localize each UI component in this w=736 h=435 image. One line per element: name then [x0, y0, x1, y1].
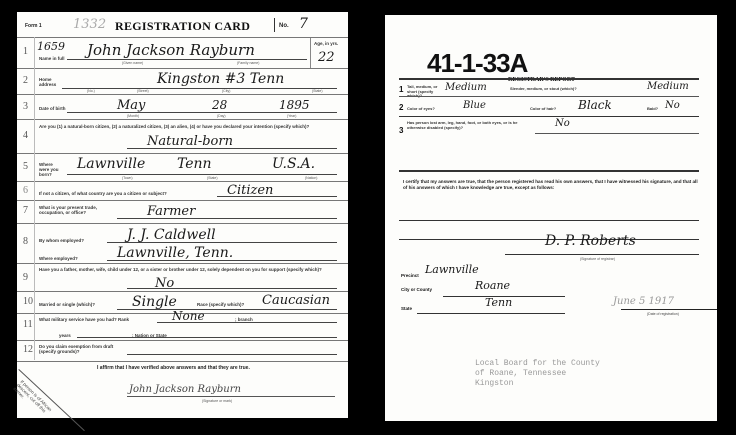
field-label: years [59, 333, 71, 338]
registrant-signature: John Jackson Rayburn [129, 384, 241, 395]
blank-line [399, 220, 699, 221]
underline [67, 174, 337, 175]
age-value: 22 [318, 50, 335, 65]
city-county-label: City or County [401, 287, 432, 292]
field-label: Bald? [647, 107, 658, 112]
occupation-value: Farmer [147, 204, 195, 219]
row-number: 10 [23, 296, 33, 307]
date-caption: (Date of registration) [647, 312, 679, 316]
sub-label: (Street) [137, 89, 149, 93]
employer-value: J. J. Caldwell [127, 227, 216, 243]
corner-cut-stamp: If person is of African descent, cut off… [19, 369, 89, 417]
disability-value: No [555, 118, 570, 129]
row-number: 7 [23, 205, 28, 216]
row-number: 4 [23, 130, 28, 141]
field-label: What military service have you had? Rank [39, 317, 129, 322]
field-label: Where employed? [39, 256, 78, 261]
registration-date: June 5 1917 [613, 296, 674, 307]
row-number: 6 [23, 185, 28, 196]
sub-label: (State) [207, 176, 218, 180]
row-number: 1 [23, 46, 28, 57]
sub-label: (Month) [127, 114, 139, 118]
sub-label: (Family name) [237, 61, 259, 65]
field-label: Date of birth [39, 106, 66, 111]
header-rule [399, 78, 699, 80]
field-row-employer: 8 By whom employed? J. J. Caldwell Where… [17, 223, 348, 264]
row-number: 2 [399, 103, 403, 112]
sub-label: (Given name) [122, 61, 143, 65]
divider [274, 18, 275, 32]
underline [117, 309, 337, 310]
state-label: State [401, 306, 412, 311]
field-label: Where were you born? [39, 162, 63, 177]
precinct-value: Lawnville [425, 263, 479, 276]
field-label: Name in full [39, 56, 65, 61]
serial-pencil-note: 1332 [73, 17, 106, 32]
underline [67, 59, 307, 60]
underline [217, 196, 337, 197]
row-number: 3 [399, 126, 403, 135]
birth-town: Lawnville [77, 156, 145, 172]
registration-card: Form 1 1332 REGISTRATION CARD No. 7 1 16… [17, 12, 348, 418]
field-label: By whom employed? [39, 238, 84, 243]
underline [127, 288, 337, 289]
field-row-date-of-birth: 3 Date of birth May 28 1895 (Month) (Day… [17, 94, 348, 120]
birth-month: May [117, 98, 145, 113]
home-address-value: Kingston #3 Tenn [157, 71, 284, 87]
sub-label: (Year) [287, 114, 296, 118]
race-value: Caucasian [262, 293, 330, 308]
bald-value: No [665, 100, 680, 111]
field-row-name: 1 1659 Name in full John Jackson Rayburn… [17, 37, 348, 69]
field-row-military-service: 11 What military service have you had? R… [17, 313, 348, 341]
signature-caption: (Signature or mark) [202, 399, 232, 403]
underline [535, 133, 699, 134]
row-number: 8 [23, 236, 28, 247]
sub-label: (Day) [217, 114, 226, 118]
underline [417, 313, 565, 314]
serial-number: 41-1-33A [427, 48, 527, 79]
underline [117, 218, 337, 219]
underline [157, 322, 337, 323]
row-number: 5 [23, 161, 28, 172]
citizenship-value: Natural-born [147, 134, 233, 149]
eye-color-value: Blue [463, 100, 486, 111]
row-number: 3 [23, 101, 28, 112]
sub-label: (City) [222, 89, 230, 93]
certification-text: I certify that my answers are true, that… [403, 179, 701, 191]
underline [127, 148, 337, 149]
card-title: REGISTRATION CARD [115, 19, 250, 34]
signature-line [127, 396, 335, 397]
birth-state: Tenn [177, 156, 212, 172]
field-row-birthplace: 5 Where were you born? Lawnville Tenn U.… [17, 153, 348, 182]
field-label: What is your present trade, occupation, … [39, 205, 109, 215]
field-label: Has person lost arm, leg, hand, foot, or… [407, 121, 527, 130]
rank-value: None [172, 309, 205, 323]
card-number: 7 [299, 16, 308, 32]
precinct-label: Precinct [401, 273, 419, 278]
underline [399, 116, 699, 117]
field-label: Color of eyes? [407, 107, 435, 112]
field-label: If not a citizen, of what country are yo… [39, 191, 219, 196]
local-board-stamp: Local Board for the County of Roane, Ten… [475, 359, 600, 389]
field-label: Married or single (which)? [39, 302, 95, 307]
field-row-exemption: 12 Do you claim exemption from draft (sp… [17, 340, 348, 362]
card-header: Form 1 1332 REGISTRATION CARD No. 7 [17, 12, 348, 40]
field-row-occupation: 7 What is your present trade, occupation… [17, 200, 348, 224]
registrar-signature: D. P. Roberts [545, 233, 636, 249]
sub-label: (Nation) [305, 176, 317, 180]
form-label: Form 1 [25, 23, 42, 29]
birth-day: 28 [212, 98, 227, 112]
signature-line [505, 254, 699, 255]
underline [107, 242, 337, 243]
underline [399, 96, 699, 97]
build-value: Medium [647, 81, 689, 92]
row-number: 9 [23, 272, 28, 283]
underline [107, 260, 337, 261]
field-label: Have you a father, mother, wife, child u… [39, 267, 329, 272]
affirmation-text: I affirm that I have verified above answ… [97, 365, 250, 371]
field-row-citizen-of: 6 If not a citizen, of what country are … [17, 181, 348, 201]
city-county-value: Roane [475, 279, 510, 292]
margin-note: 1659 [37, 40, 65, 53]
registrar-caption: (Signature of registrar) [580, 257, 615, 261]
field-row-home-address: 2 Home address Kingston #3 Tenn (No.) (S… [17, 68, 348, 95]
sub-label: (Town) [122, 176, 133, 180]
marital-value: Single [132, 294, 177, 310]
field-row-dependents: 9 Have you a father, mother, wife, child… [17, 263, 348, 292]
number-label: No. [279, 23, 289, 29]
row-number: 11 [23, 319, 33, 330]
age-label: Age, in yrs. [314, 41, 338, 46]
underline [77, 337, 337, 338]
field-label: Are you (1) a natural-born citizen, (2) … [39, 124, 339, 129]
field-label: Do you claim exemption from draft (speci… [39, 344, 119, 354]
divider [310, 38, 311, 69]
row-number: 1 [399, 85, 403, 94]
divider [34, 37, 35, 360]
field-label: Race (specify which)? [197, 302, 244, 307]
birth-year: 1895 [279, 98, 310, 112]
height-value: Medium [445, 82, 487, 93]
underline [67, 112, 337, 113]
state-value: Tenn [485, 296, 512, 309]
field-label: Color of hair? [530, 107, 556, 112]
underline [127, 354, 337, 355]
registrars-report-card: 41-1-33A REGISTRAR'S REPORT 1 Tall, medi… [385, 15, 717, 421]
employment-location-value: Lawnville, Tenn. [117, 245, 233, 261]
row-number: 12 [23, 344, 33, 355]
underline [62, 88, 337, 89]
field-label: Slender, medium, or stout (which)? [510, 87, 620, 92]
name-value: John Jackson Rayburn [87, 41, 255, 59]
field-row-citizenship: 4 Are you (1) a natural-born citizen, (2… [17, 119, 348, 154]
row-number: 2 [23, 75, 28, 86]
birth-nation: U.S.A. [272, 156, 315, 172]
date-line [621, 309, 717, 310]
sub-label: (No.) [87, 89, 95, 93]
section-rule [399, 170, 699, 172]
field-label: Home address [39, 77, 59, 87]
hair-color-value: Black [578, 98, 612, 112]
sub-label: (State) [312, 89, 323, 93]
